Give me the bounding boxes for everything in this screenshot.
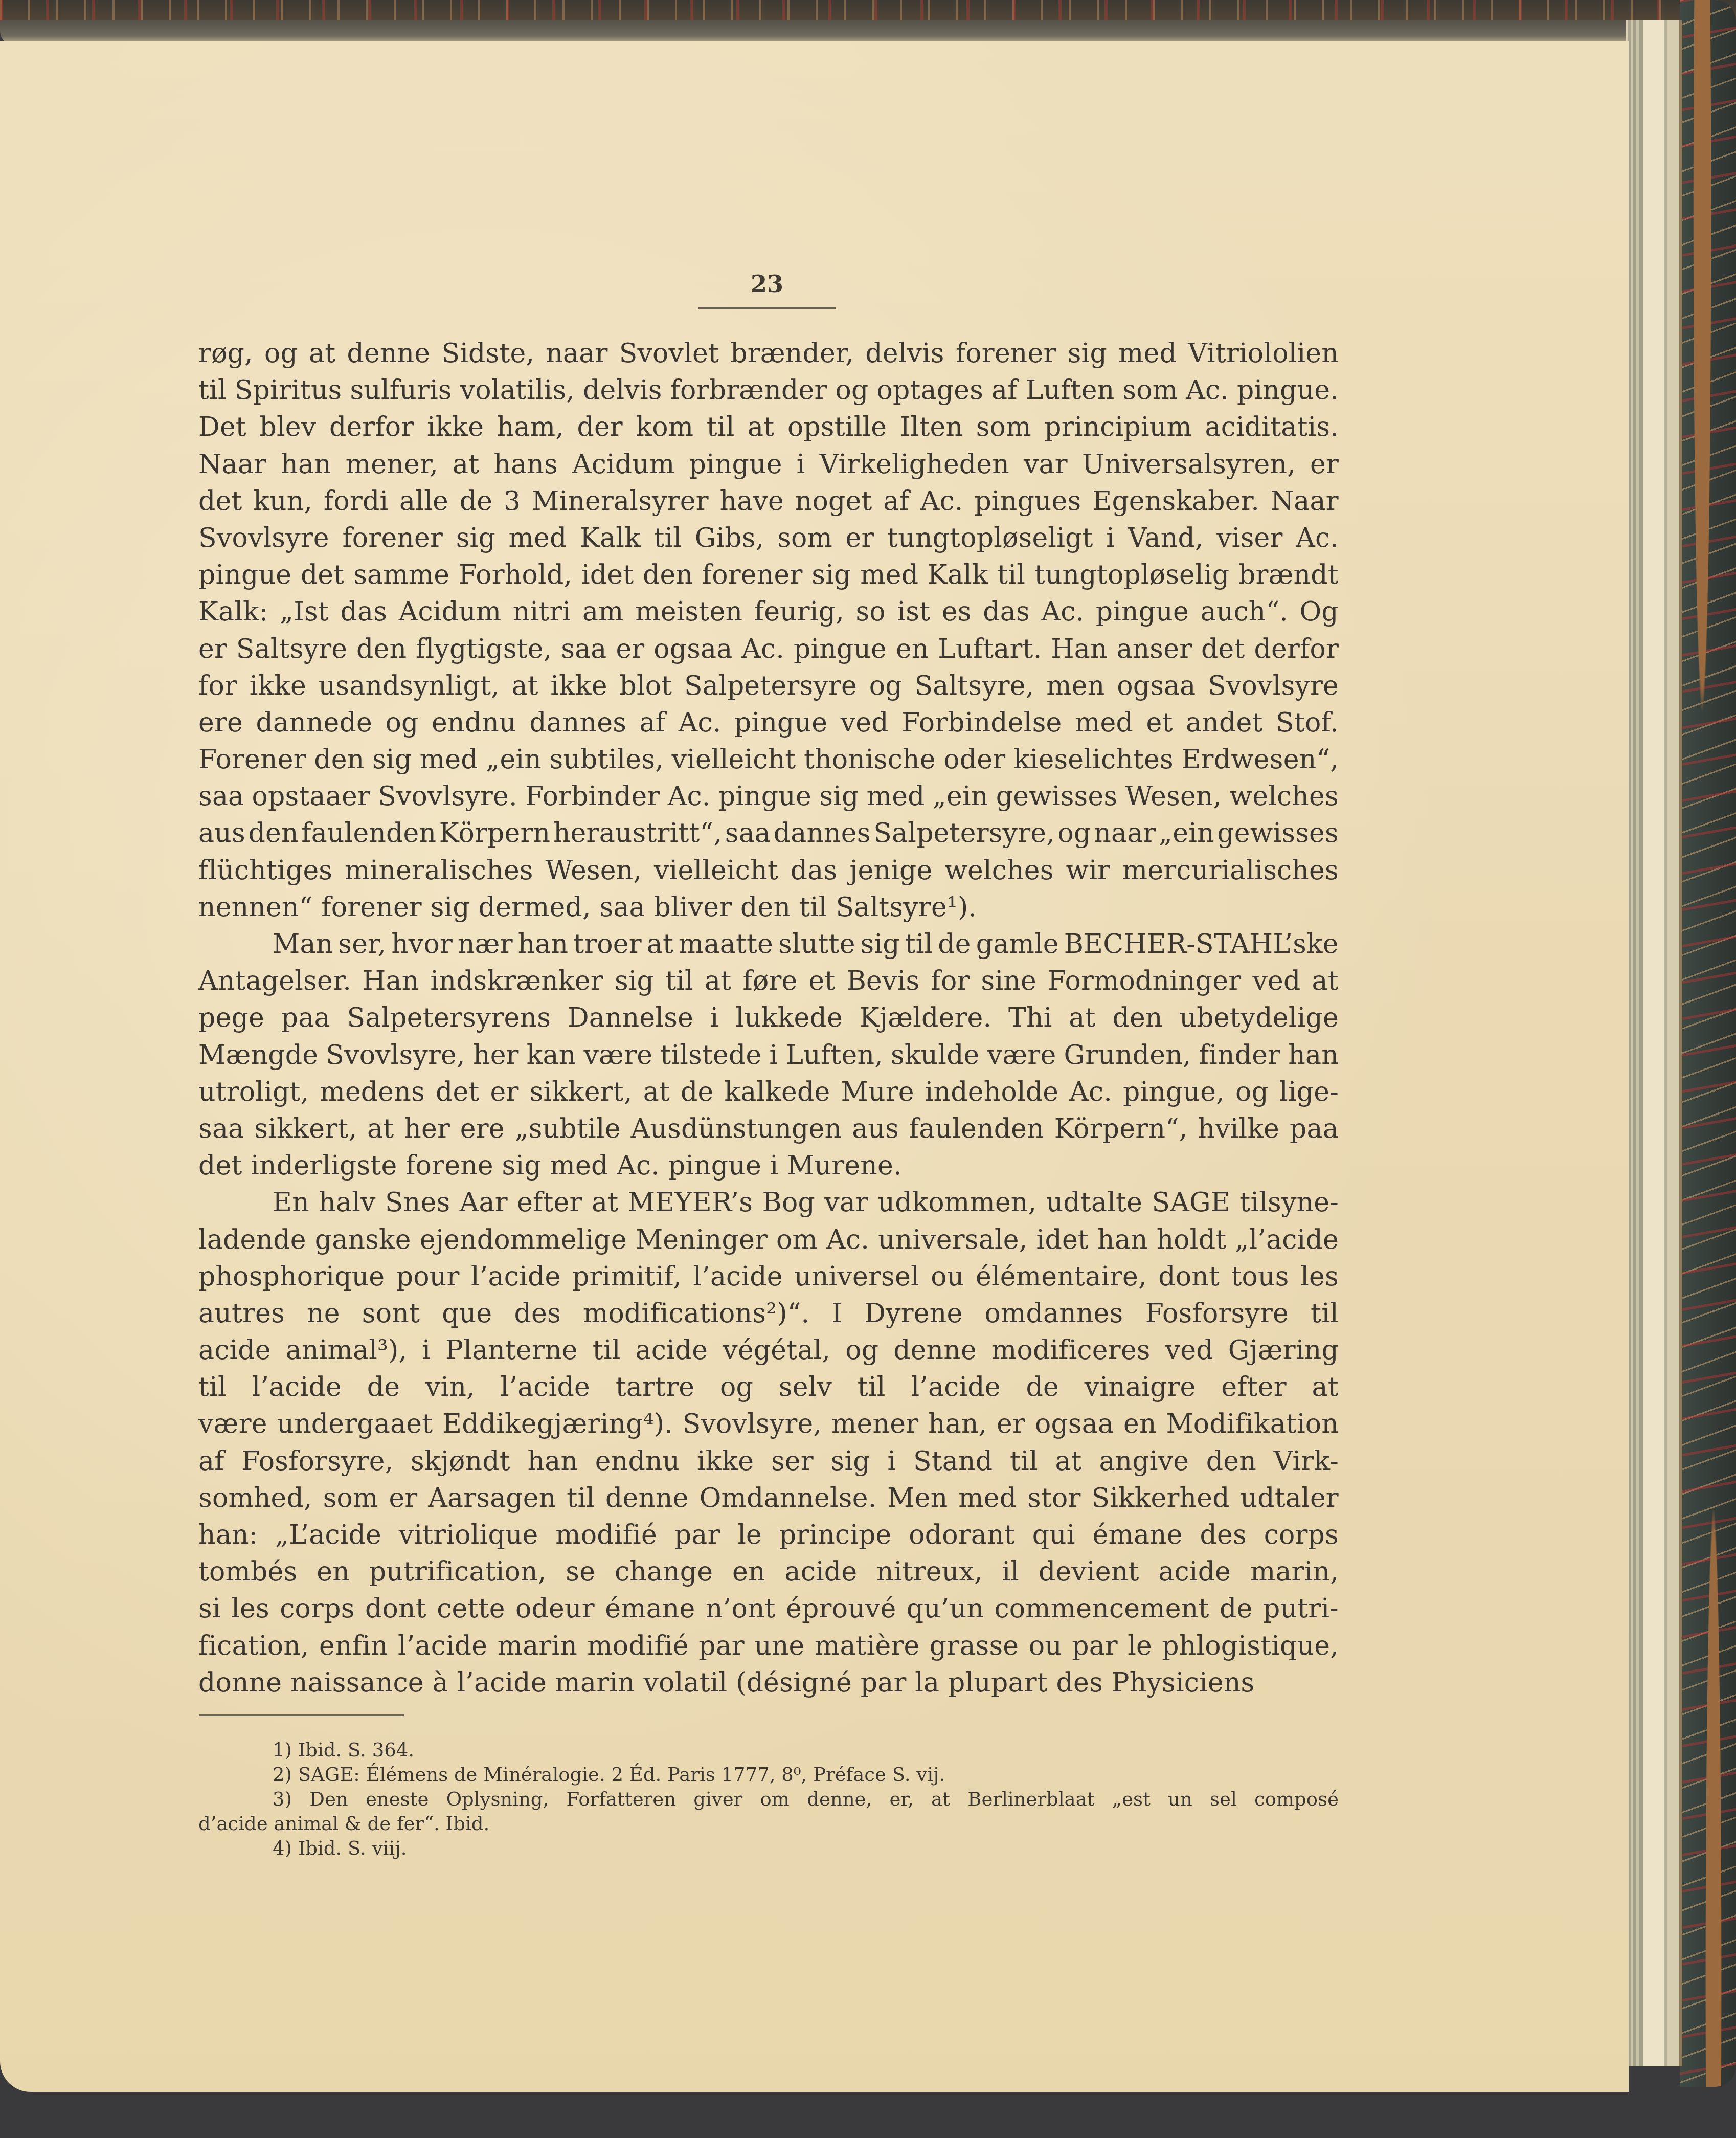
- text-line: tilSpiritussulfurisvolatilis,delvisforbr…: [198, 372, 1339, 409]
- text-line: phosphoriquepourl’acideprimitif,l’acideu…: [198, 1258, 1339, 1295]
- footnote-separator: [199, 1714, 404, 1716]
- footnote: 2) SAGE: Élémens de Minéralogie. 2 Éd. P…: [198, 1763, 1339, 1787]
- book-page: 23 røg,ogatdenneSidste,naarSvovletbrænde…: [0, 41, 1629, 2092]
- text-line: pinguedetsammeForhold,idetdenforenersigm…: [198, 556, 1339, 593]
- text-line: pegepaaSalpetersyrensDannelseilukkedeKjæ…: [198, 999, 1339, 1036]
- text-line: eredannedeogendnudannesafAc.pinguevedFor…: [198, 704, 1339, 741]
- text-line: Manser,hvornærhantroeratmaattesluttesigt…: [198, 926, 1339, 963]
- text-line: det inderligste forene sig med Ac. pingu…: [198, 1147, 1339, 1184]
- book-cover-right-edge: [1680, 0, 1736, 2087]
- page-number: 23: [716, 270, 818, 298]
- text-line: EnhalvSnesAarefteratMEYER’sBogvarudkomme…: [198, 1184, 1339, 1221]
- text-line: afFosforsyre,skjøndthanendnuikkesersigiS…: [198, 1443, 1339, 1480]
- text-line: donne naissance à l’acide marin volatil …: [198, 1664, 1339, 1701]
- text-line: utroligt,medensdetersikkert,atdekalkedeM…: [198, 1074, 1339, 1110]
- text-line: saaopstaaerSvovlsyre.ForbinderAc.pingues…: [198, 778, 1339, 815]
- text-line: fication,enfinl’acidemarinmodifiéparunem…: [198, 1628, 1339, 1664]
- page-number-rule: [698, 307, 836, 309]
- text-line: Kalk:„IstdasAcidumnitriammeistenfeurig,s…: [198, 593, 1339, 630]
- text-line: røg,ogatdenneSidste,naarSvovletbrænder,d…: [198, 335, 1339, 372]
- text-line: han:„L’acidevitrioliquemodifiéparleprinc…: [198, 1517, 1339, 1553]
- text-line: Naarhanmener,athansAcidumpingueiVirkelig…: [198, 446, 1339, 483]
- text-line: somhed,somerAarsagentildenneOmdannelse.M…: [198, 1480, 1339, 1517]
- text-line: SvovlsyreforenersigmedKalktilGibs,somert…: [198, 520, 1339, 556]
- footnote-continuation: d’acide animal & de fer“. Ibid.: [198, 1812, 1339, 1836]
- text-line: væreundergaaetEddikegjæring⁴).Svovlsyre,…: [198, 1406, 1339, 1442]
- footnotes: 1) Ibid. S. 364.2) SAGE: Élémens de Miné…: [198, 1738, 1339, 1861]
- footnote: 4) Ibid. S. viij.: [198, 1836, 1339, 1861]
- footnote: 1) Ibid. S. 364.: [198, 1738, 1339, 1763]
- text-line: autresnesontquedesmodifications²)“.IDyre…: [198, 1295, 1339, 1332]
- text-line: ausdenfaulendenKörpernheraustritt“,saada…: [198, 815, 1339, 852]
- text-line: MængdeSvovlsyre,herkanværetilstedeiLufte…: [198, 1037, 1339, 1074]
- text-line: Detblevderforikkeham,derkomtilatopstille…: [198, 409, 1339, 446]
- text-line: erSaltsyredenflygtigste,saaerogsaaAc.pin…: [198, 631, 1339, 667]
- text-line: Forenerdensigmed„einsubtiles,vielleichtt…: [198, 741, 1339, 778]
- body-text: røg,ogatdenneSidste,naarSvovletbrænder,d…: [198, 335, 1339, 1701]
- text-line: nennen“ forener sig dermed, saa bliver d…: [198, 889, 1339, 926]
- text-line: silescorpsdontcetteodeurémanen’ontéprouv…: [198, 1590, 1339, 1627]
- text-line: saasikkert,atherere„subtileAusdünstungen…: [198, 1110, 1339, 1147]
- footnote: 3)DenenesteOplysning,Forfatterengiveromd…: [198, 1787, 1339, 1812]
- text-line: flüchtigesmineralischesWesen,vielleichtd…: [198, 852, 1339, 889]
- page-stack-edges: [1626, 20, 1682, 2066]
- text-line: till’acidedevin,l’acidetartreogselvtill’…: [198, 1369, 1339, 1406]
- text-line: detkun,fordiallede3Mineralsyrerhavenoget…: [198, 483, 1339, 520]
- text-line: forikkeusandsynligt,atikkeblotSalpetersy…: [198, 667, 1339, 704]
- text-line: tombésenputrification,sechangeenacidenit…: [198, 1553, 1339, 1590]
- text-line: Antagelser.HanindskrænkersigtilatføreetB…: [198, 963, 1339, 999]
- text-line: acideanimal³),iPlanternetilacidevégétal,…: [198, 1332, 1339, 1369]
- text-line: ladendeganskeejendommeligeMeningeromAc.u…: [198, 1221, 1339, 1258]
